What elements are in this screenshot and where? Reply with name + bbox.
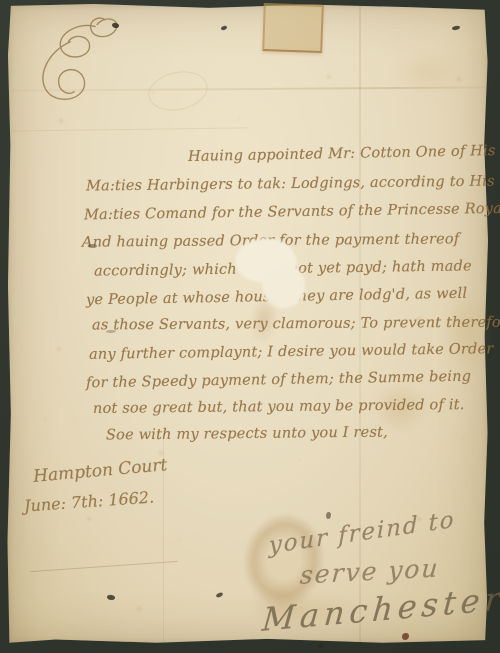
letter-scan: Hauing appointed Mr: Cotton One of His M… (0, 0, 500, 653)
ink-speck (318, 643, 324, 648)
paper (7, 4, 489, 644)
